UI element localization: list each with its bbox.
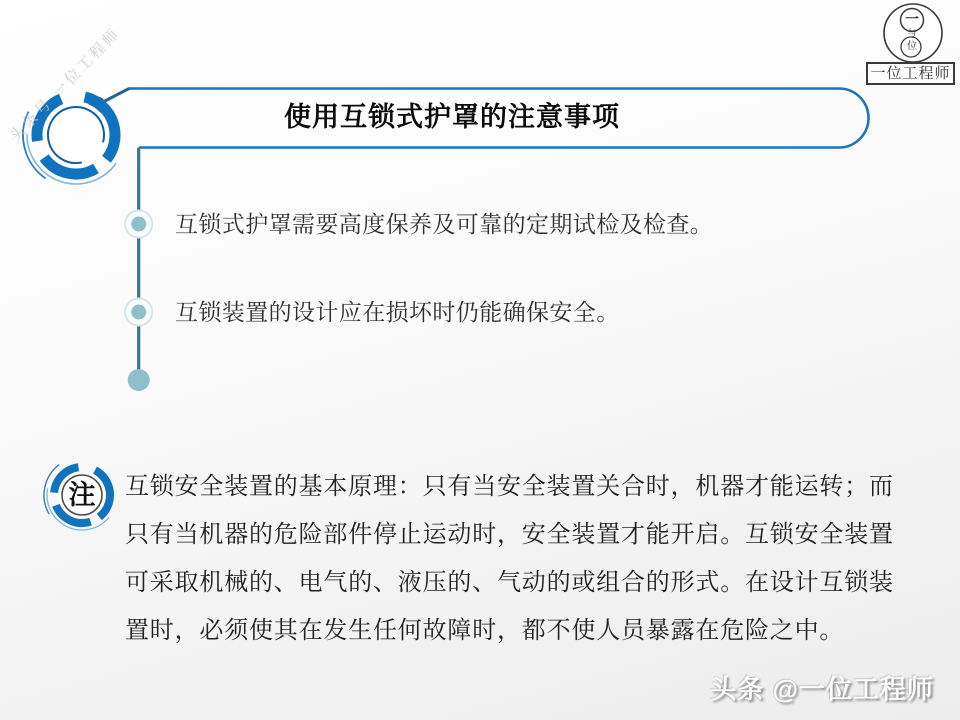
note-line-2: 只有当机器的危险部件停止运动时，安全装置才能开启。互锁安全装置 bbox=[125, 511, 915, 559]
note-badge-label: 注 bbox=[60, 473, 104, 517]
bullet-item-2: 互锁装置的设计应在损坏时仍能确保安全。 bbox=[175, 298, 620, 326]
bullet-marker-1 bbox=[125, 211, 152, 238]
footer-watermark: 头条 @一位工程师 bbox=[710, 669, 934, 706]
bullet-marker-2 bbox=[125, 299, 152, 326]
page-title: 使用互锁式护罩的注意事项 bbox=[130, 88, 880, 147]
bullet-item-1: 互锁式护罩需要高度保养及可靠的定期试检及检查。 bbox=[175, 210, 713, 238]
logo-circle-top-char: 一 bbox=[899, 8, 925, 30]
logo-circle-bottom-char: 位 bbox=[901, 40, 923, 54]
note-line-4: 置时，必须使其在发生任何故障时，都不使人员暴露在危险之中。 bbox=[125, 607, 915, 655]
logo-circle-mid-char: 与 bbox=[903, 28, 921, 38]
connector-line bbox=[101, 89, 129, 104]
note-line-3: 可采取机械的、电气的、液压的、气动的或组合的形式。在设计互锁装 bbox=[125, 559, 915, 607]
note-paragraph: 互锁安全装置的基本原理：只有当安全装置关合时，机器才能运转；而 只有当机器的危险… bbox=[125, 463, 915, 655]
note-line-1: 互锁安全装置的基本原理：只有当安全装置关合时，机器才能运转；而 bbox=[125, 463, 915, 511]
logo-label: 一位工程师 bbox=[866, 62, 955, 85]
timeline-end-dot bbox=[128, 369, 150, 391]
slide: 头条号 一位工程师 一 与 位 一位工程师 使用互锁式护罩的注意事项 互锁式护罩… bbox=[0, 0, 960, 720]
